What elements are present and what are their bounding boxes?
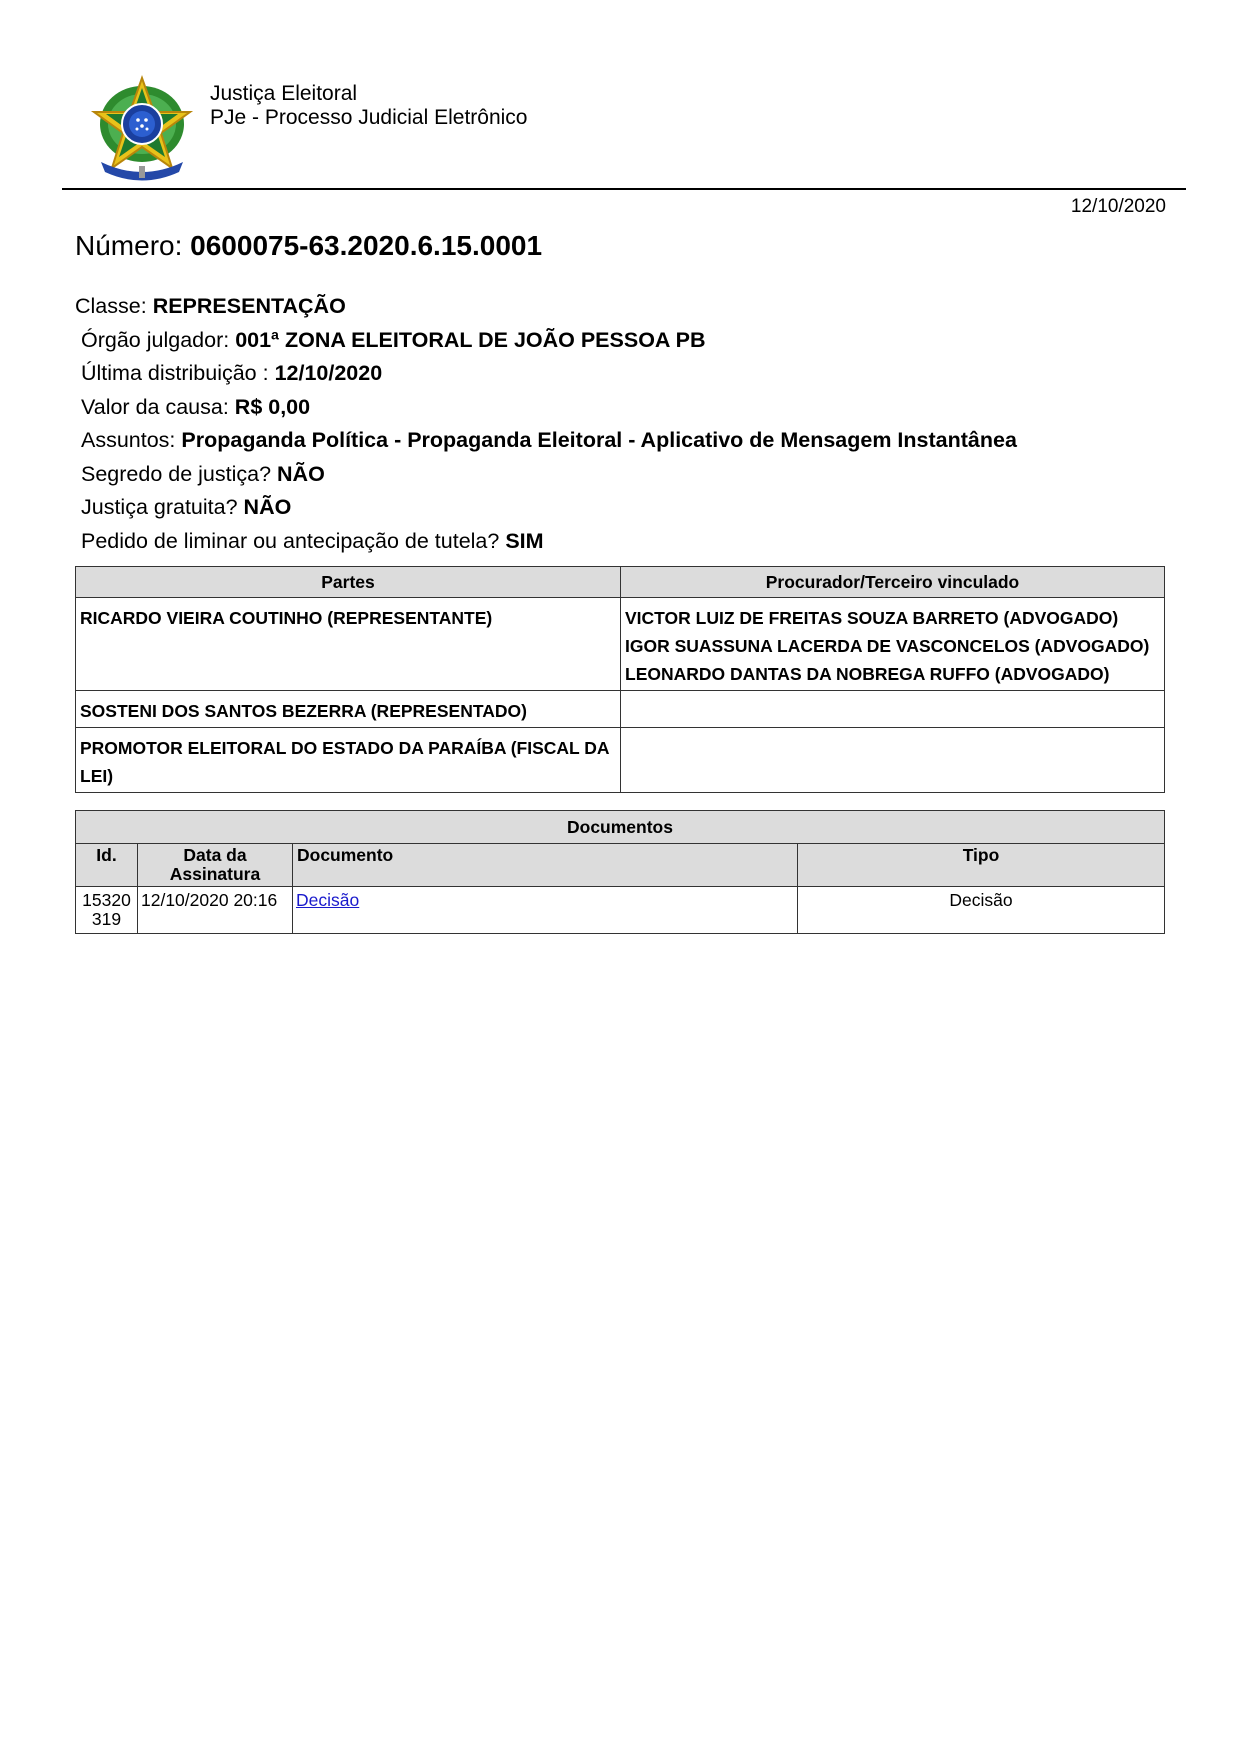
documents-title: Documentos (76, 811, 1165, 844)
header-documento: Documento (293, 844, 798, 887)
meta-label: Última distribuição : (81, 361, 269, 385)
header-tipo: Tipo (798, 844, 1165, 887)
party-representatives (621, 691, 1165, 728)
org-line-1: Justiça Eleitoral (210, 82, 527, 106)
parties-header-row: Partes Procurador/Terceiro vinculado (76, 567, 1165, 598)
meta-value: REPRESENTAÇÃO (153, 294, 346, 318)
meta-label: Classe: (75, 294, 147, 318)
process-number-label: Número: (75, 230, 182, 261)
party-representatives (621, 728, 1165, 793)
meta-segredo-justica: Segredo de justiça? NÃO (75, 458, 1017, 492)
meta-label: Valor da causa: (81, 395, 229, 419)
representative: VICTOR LUIZ DE FREITAS SOUZA BARRETO (AD… (625, 604, 1160, 632)
process-number-value: 0600075-63.2020.6.15.0001 (190, 230, 542, 261)
document-date: 12/10/2020 20:16 (138, 887, 293, 934)
process-metadata: Classe: REPRESENTAÇÃO Órgão julgador: 00… (75, 290, 1017, 558)
documents-header-row: Id. Data da Assinatura Documento Tipo (76, 844, 1165, 887)
table-row: SOSTENI DOS SANTOS BEZERRA (REPRESENTADO… (76, 691, 1165, 728)
meta-value: SIM (505, 529, 543, 553)
document-cell: Decisão (293, 887, 798, 934)
header-divider (62, 188, 1186, 190)
meta-label: Pedido de liminar ou antecipação de tute… (81, 529, 499, 553)
meta-assuntos: Assuntos: Propaganda Política - Propagan… (75, 424, 1017, 458)
party-representatives: VICTOR LUIZ DE FREITAS SOUZA BARRETO (AD… (621, 598, 1165, 691)
meta-label: Órgão julgador: (81, 328, 229, 352)
header-procurador: Procurador/Terceiro vinculado (621, 567, 1165, 598)
table-row: PROMOTOR ELEITORAL DO ESTADO DA PARAÍBA … (76, 728, 1165, 793)
meta-value: 001ª ZONA ELEITORAL DE JOÃO PESSOA PB (235, 328, 705, 352)
meta-value: NÃO (277, 462, 325, 486)
meta-ultima-distribuicao: Última distribuição : 12/10/2020 (75, 357, 1017, 391)
header-partes: Partes (76, 567, 621, 598)
representative: LEONARDO DANTAS DA NOBREGA RUFFO (ADVOGA… (625, 660, 1160, 688)
header-id: Id. (76, 844, 138, 887)
organization-name: Justiça Eleitoral PJe - Processo Judicia… (210, 82, 527, 130)
meta-value: NÃO (244, 495, 292, 519)
meta-value: Propaganda Política - Propaganda Eleitor… (181, 428, 1017, 452)
meta-value: R$ 0,00 (235, 395, 310, 419)
document-link[interactable]: Decisão (296, 890, 359, 910)
print-date: 12/10/2020 (1071, 196, 1166, 218)
meta-pedido-liminar: Pedido de liminar ou antecipação de tute… (75, 525, 1017, 559)
table-row: RICARDO VIEIRA COUTINHO (REPRESENTANTE) … (76, 598, 1165, 691)
meta-label: Justiça gratuita? (81, 495, 238, 519)
meta-label: Assuntos: (81, 428, 175, 452)
document-id: 15320319 (76, 887, 138, 934)
brazil-coat-of-arms-icon (87, 74, 197, 186)
party-name: RICARDO VIEIRA COUTINHO (REPRESENTANTE) (76, 598, 621, 691)
meta-orgao-julgador: Órgão julgador: 001ª ZONA ELEITORAL DE J… (75, 324, 1017, 358)
party-name: PROMOTOR ELEITORAL DO ESTADO DA PARAÍBA … (76, 728, 621, 793)
org-line-2: PJe - Processo Judicial Eletrônico (210, 106, 527, 130)
meta-justica-gratuita: Justiça gratuita? NÃO (75, 491, 1017, 525)
header-data-assinatura: Data da Assinatura (138, 844, 293, 887)
documents-title-row: Documentos (76, 811, 1165, 844)
meta-label: Segredo de justiça? (81, 462, 271, 486)
party-name: SOSTENI DOS SANTOS BEZERRA (REPRESENTADO… (76, 691, 621, 728)
meta-classe: Classe: REPRESENTAÇÃO (75, 290, 1017, 324)
table-row: 15320319 12/10/2020 20:16 Decisão Decisã… (76, 887, 1165, 934)
meta-value: 12/10/2020 (275, 361, 383, 385)
documents-table: Documentos Id. Data da Assinatura Docume… (75, 810, 1165, 934)
representative: IGOR SUASSUNA LACERDA DE VASCONCELOS (AD… (625, 632, 1160, 660)
document-type: Decisão (798, 887, 1165, 934)
document-header: Justiça Eleitoral PJe - Processo Judicia… (62, 70, 1186, 190)
meta-valor-causa: Valor da causa: R$ 0,00 (75, 391, 1017, 425)
process-number: Número: 0600075-63.2020.6.15.0001 (75, 230, 542, 262)
parties-table: Partes Procurador/Terceiro vinculado RIC… (75, 566, 1165, 793)
